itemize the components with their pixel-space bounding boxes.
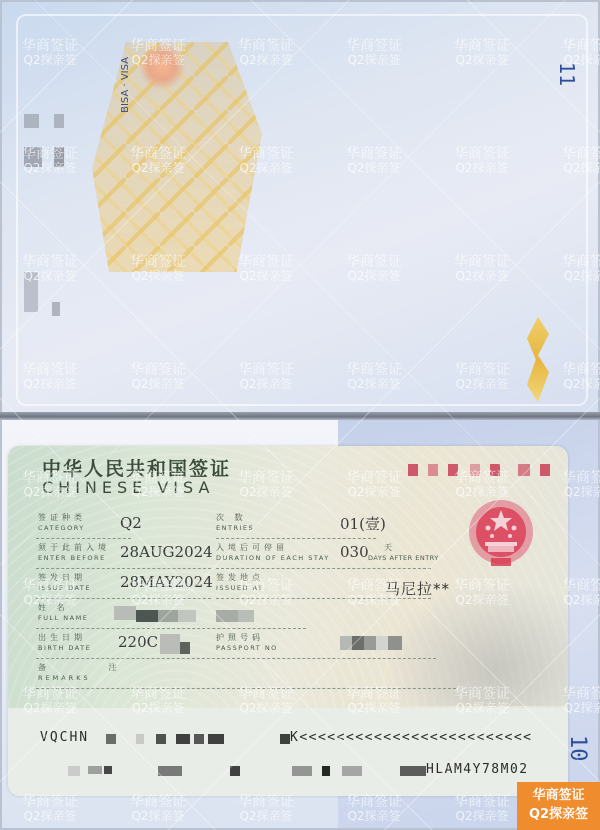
redacted-number-strip [408,464,558,476]
redaction-block [52,302,60,316]
national-emblem-icon [461,496,541,581]
entries-value: 01(壹) [340,513,386,534]
passport-no-label-en: PASSPORT NO [216,644,278,652]
divider [216,568,431,569]
category-label-cn: 签证种类 [38,512,86,523]
hologram-icon [137,44,187,89]
visa-sticker: 中华人民共和国签证 CHINESE VISA 签证种类 CATEGORY Q2 … [8,446,568,796]
remarks-label-en: REMARKS [38,674,91,682]
entries-label-cn: 次 数 [216,512,247,523]
divider [36,628,306,629]
passport-no-label-cn: 护照号码 [216,632,264,643]
redaction-block [54,147,64,167]
issued-at-value: 马尼拉** [385,578,450,599]
enter-before-value: 28AUG2024 [120,543,213,561]
divider [36,598,211,599]
visa-title-cn: 中华人民共和国签证 [42,454,231,481]
passport-spine [0,412,600,420]
enter-before-label-en: ENTER BEFORE [38,554,106,562]
divider [216,538,376,539]
duration-label-cn: 入境后可停留 [216,542,288,553]
issued-at-label-en: ISSUED AT [216,584,264,592]
redaction-block [24,147,42,167]
entries-label-en: ENTRIES [216,524,254,532]
issue-date-value: 28MAY2024 [120,573,213,591]
mrz-zone [8,708,568,796]
issued-at-label-cn: 签发地点 [216,572,264,583]
badge-line-1: 华商签证 [517,786,600,805]
divider [36,568,211,569]
page-numeral-upper: 11 [555,62,579,86]
issue-date-label-en: ISSUE DATE [38,584,91,592]
divider [36,688,456,689]
redaction-block [24,114,39,128]
mrz-line-1-fill: K<<<<<<<<<<<<<<<<<<<<<<<<< [290,730,533,745]
enter-before-label-cn: 须于此前入境 [38,542,110,553]
page-numeral-lower: 10 [565,735,590,762]
redaction-block [24,272,38,312]
duration-label-en: DURATION OF EACH STAY [216,554,330,562]
watermark-corner-badge: 华商签证 Q2探亲签 [517,782,600,830]
divider [216,598,431,599]
mrz-line-1-start: VQCHN [40,730,89,745]
side-text: BISA · VISA [120,57,131,113]
issue-date-label-cn: 签发日期 [38,572,86,583]
full-name-label-cn: 姓 名 [38,602,69,613]
birth-date-label-cn: 出生日期 [38,632,86,643]
visa-title-en: CHINESE VISA [42,478,214,497]
birth-date-label-en: BIRTH DATE [38,644,91,652]
duration-unit-cn: 天 [384,542,392,553]
category-label-en: CATEGORY [38,524,85,532]
redaction-block [54,114,64,128]
category-value: Q2 [120,514,142,532]
badge-line-2: Q2探亲签 [517,805,600,824]
duration-value: 030 [340,543,369,561]
duration-unit-en: DAYS AFTER ENTRY [368,554,439,562]
divider [36,538,131,539]
full-name-label-en: FULL NAME [38,614,88,622]
divider [36,658,436,659]
mrz-line-2-end: HLAM4Y78M02 [426,762,529,777]
upper-passport-page: BISA · VISA 11 [0,0,600,414]
birth-date-value: 220C [118,633,158,651]
remarks-label-cn: 备 注 [38,662,147,673]
